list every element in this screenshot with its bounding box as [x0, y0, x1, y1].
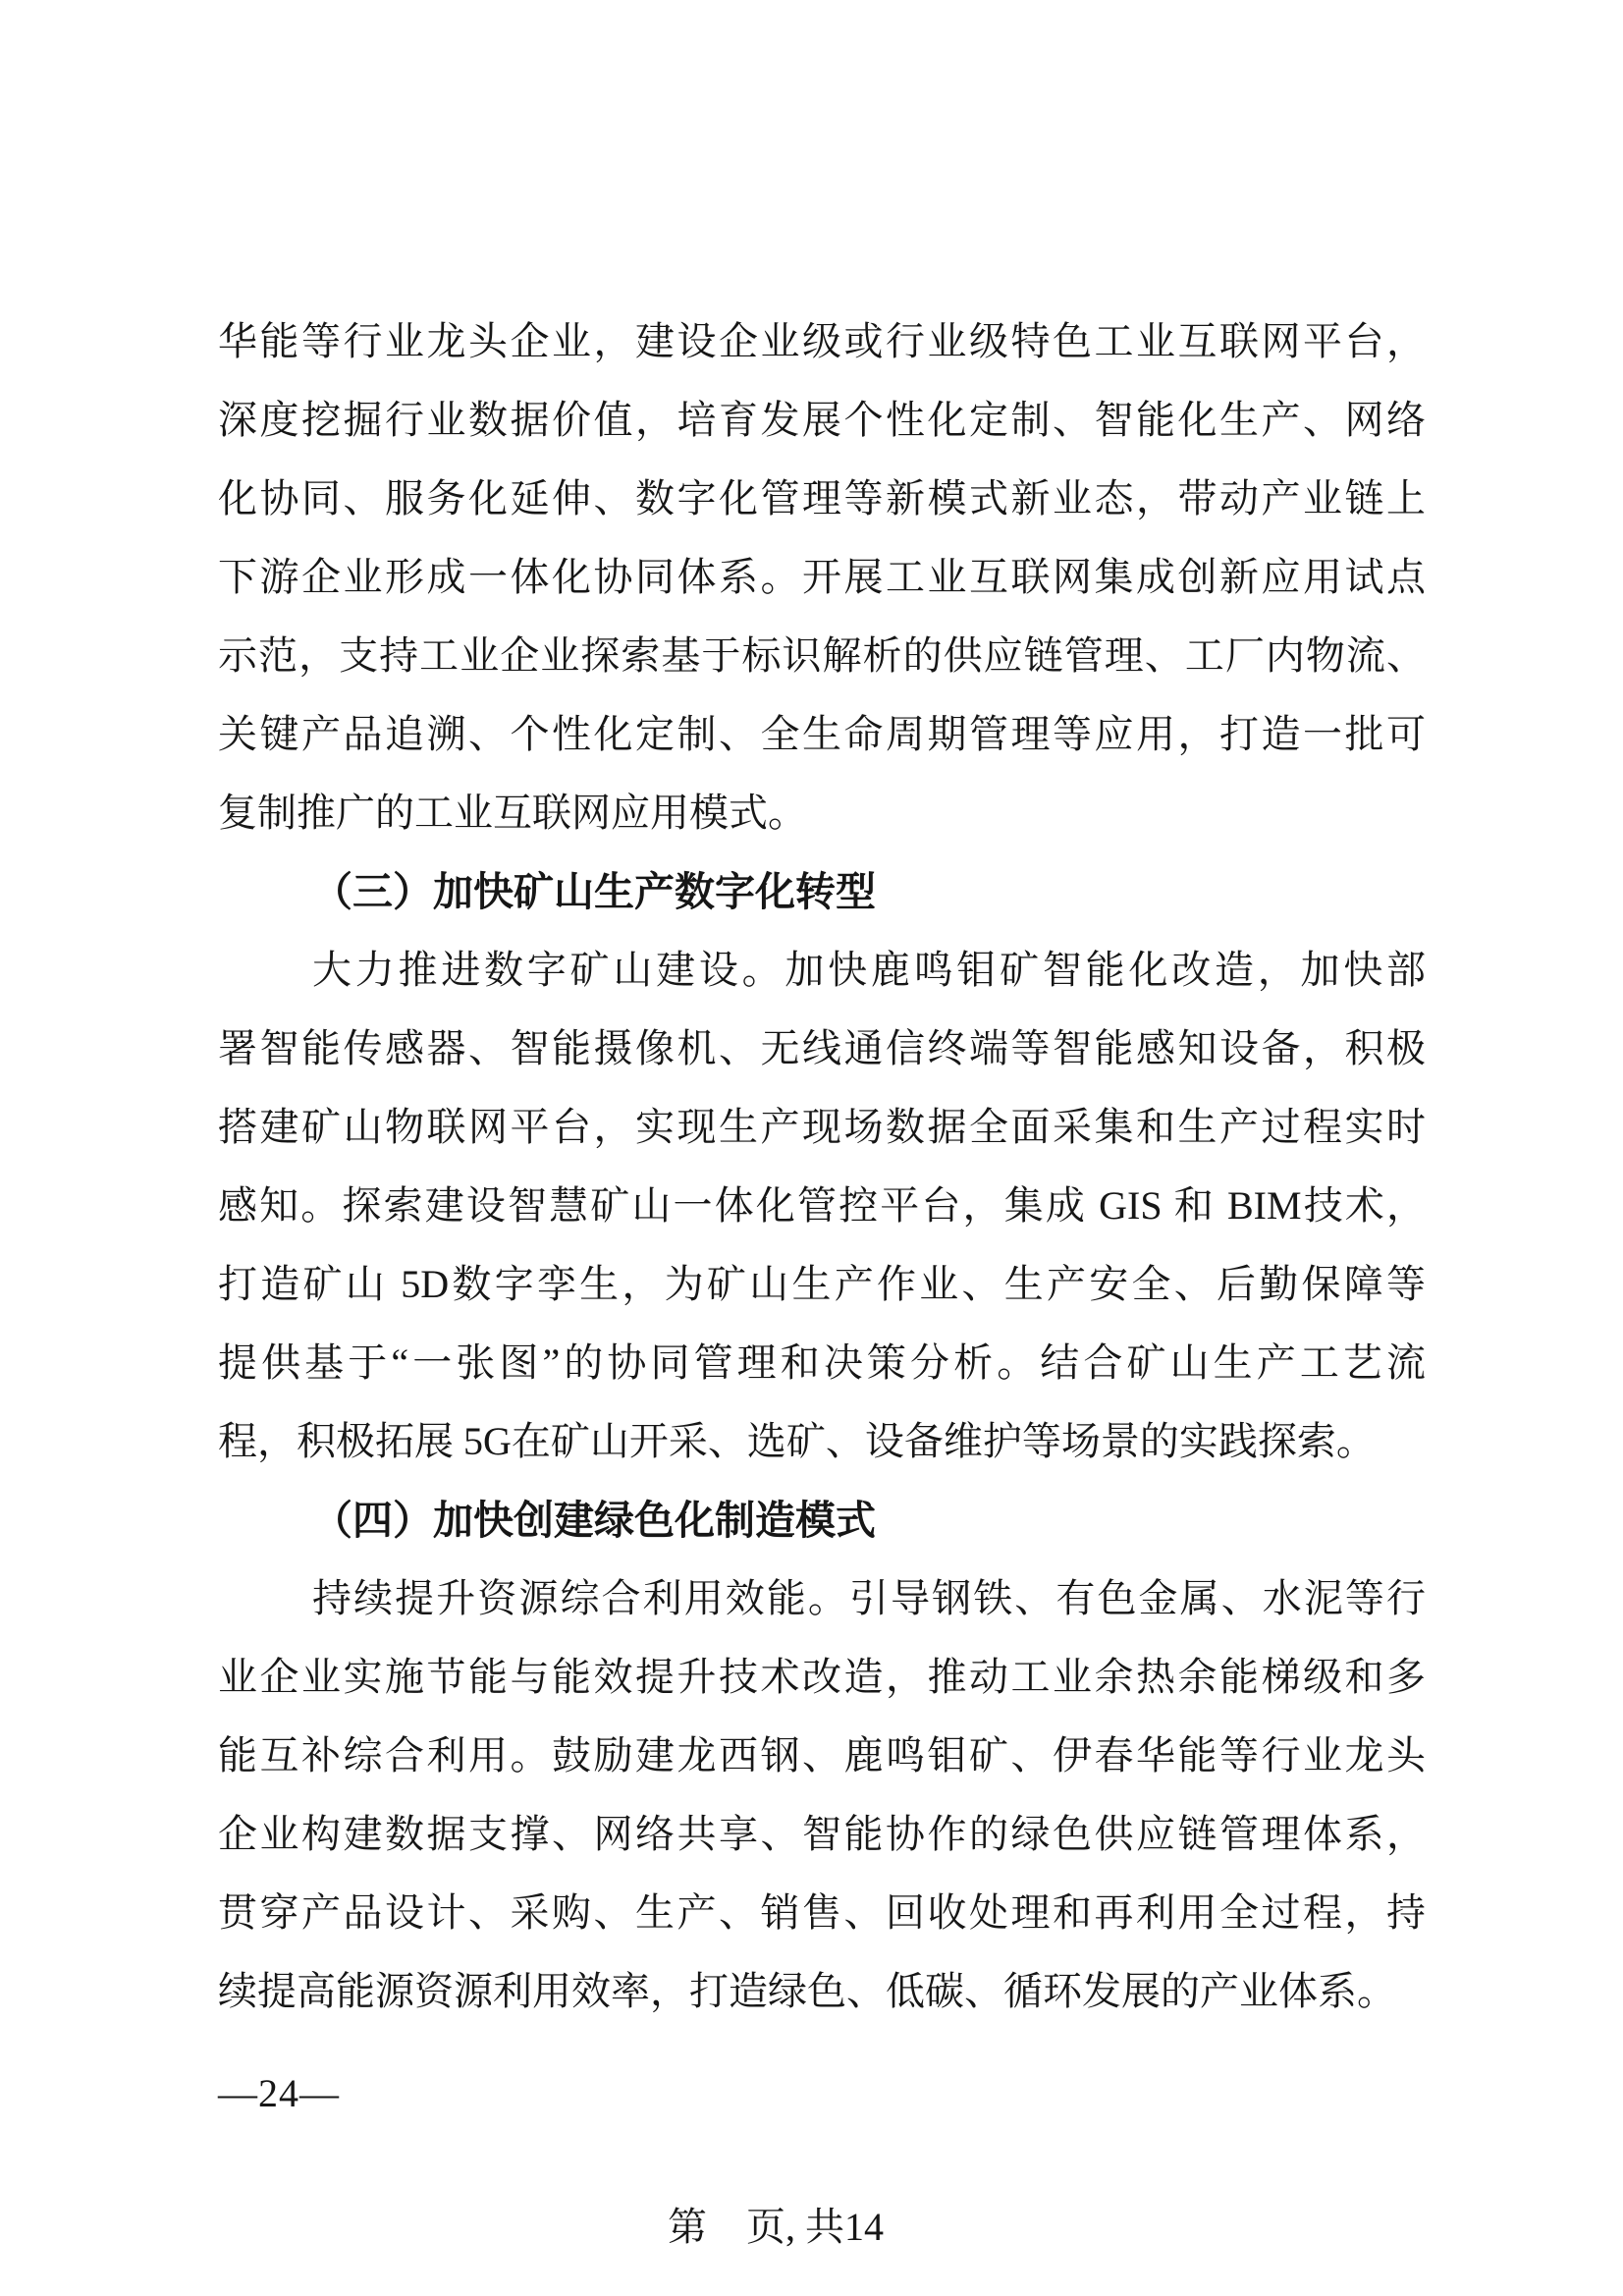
text-line: 示范，支持工业企业探索基于标识解析的供应链管理、工厂内物流、 [218, 617, 1426, 695]
text-line: 关键产品追溯、个性化定制、全生命周期管理等应用，打造一批可 [218, 695, 1426, 774]
text-line: 署智能传感器、智能摄像机、无线通信终端等智能感知设备，积极 [218, 1010, 1426, 1088]
text-line: 续提高能源资源利用效率，打造绿色、低碳、循环发展的产业体系。 [218, 1952, 1426, 2031]
text-line: 业企业实施节能与能效提升技术改造，推动工业余热余能梯级和多 [218, 1638, 1426, 1717]
text-line: 提供基于“一张图”的协同管理和决策分析。结合矿山生产工艺流 [218, 1324, 1426, 1402]
document-body: 华能等行业龙头企业，建设企业级或行业级特色工业互联网平台， 深度挖掘行业数据价值… [218, 302, 1426, 2031]
text-line: 感知。探索建设智慧矿山一体化管控平台，集成 GIS 和 BIM技术， [218, 1167, 1426, 1245]
text-line: 搭建矿山物联网平台，实现生产现场数据全面采集和生产过程实时 [218, 1088, 1426, 1167]
text-line: 复制推广的工业互联网应用模式。 [218, 774, 1426, 852]
section-heading: （三）加快矿山生产数字化转型 [218, 852, 1426, 931]
text-line: 能互补综合利用。鼓励建龙西钢、鹿鸣钼矿、伊春华能等行业龙头 [218, 1717, 1426, 1795]
text-line: 大力推进数字矿山建设。加快鹿鸣钼矿智能化改造，加快部 [218, 931, 1426, 1010]
text-line: 华能等行业龙头企业，建设企业级或行业级特色工业互联网平台， [218, 302, 1426, 381]
text-line: 化协同、服务化延伸、数字化管理等新模式新业态，带动产业链上 [218, 460, 1426, 538]
text-line: 打造矿山 5D数字孪生，为矿山生产作业、生产安全、后勤保障等 [218, 1245, 1426, 1324]
document-page: 华能等行业龙头企业，建设企业级或行业级特色工业互联网平台， 深度挖掘行业数据价值… [0, 0, 1623, 2296]
text-line: 深度挖掘行业数据价值，培育发展个性化定制、智能化生产、网络 [218, 381, 1426, 460]
page-count-label: 第 页, 共14 [668, 2204, 884, 2251]
text-line: 企业构建数据支撑、网络共享、智能协作的绿色供应链管理体系， [218, 1795, 1426, 1874]
text-line: 程，积极拓展 5G在矿山开采、选矿、设备维护等场景的实践探索。 [218, 1402, 1426, 1481]
page-number: —24— [218, 2068, 340, 2119]
text-line: 持续提升资源综合利用效能。引导钢铁、有色金属、水泥等行 [218, 1559, 1426, 1638]
section-heading: （四）加快创建绿色化制造模式 [218, 1481, 1426, 1559]
text-line: 下游企业形成一体化协同体系。开展工业互联网集成创新应用试点 [218, 538, 1426, 617]
text-line: 贯穿产品设计、采购、生产、销售、回收处理和再利用全过程，持 [218, 1874, 1426, 1952]
